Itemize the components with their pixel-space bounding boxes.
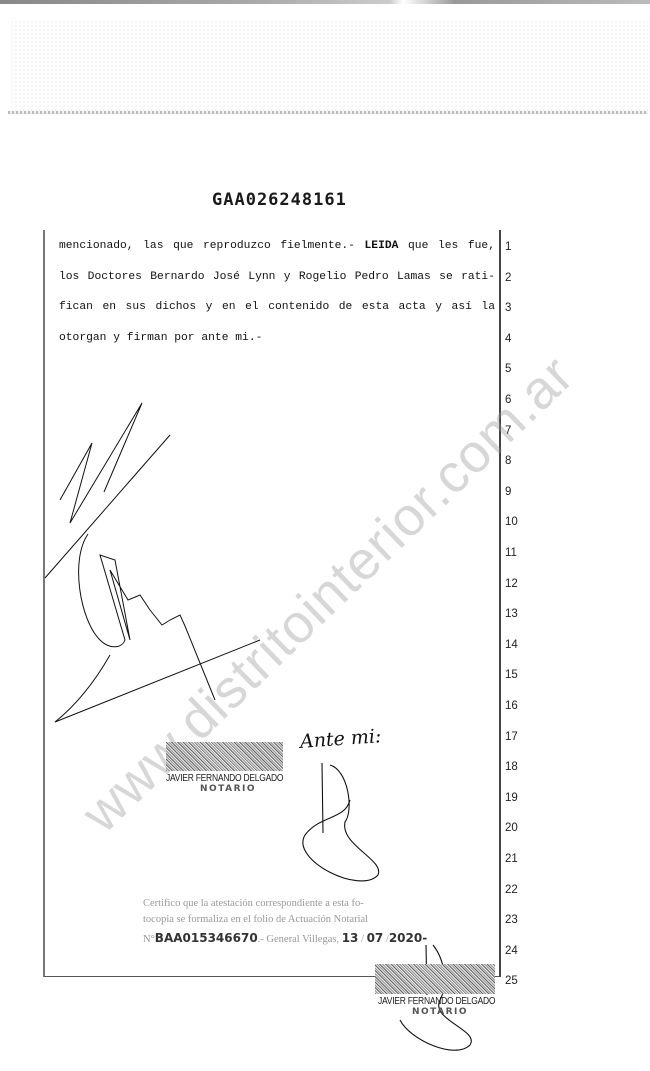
line-number: 18 [505,761,518,773]
certification-line-1: Certifico que la atestación correspondie… [143,898,364,909]
line-number: 11 [505,547,517,559]
line-number: 21 [505,853,518,865]
notary-stamp-title-2: NOTARIO [412,1007,468,1017]
line-number: 13 [505,608,518,620]
document-serial: GAA026248161 [212,190,347,210]
line-number: 23 [505,914,518,926]
date-year: 2020- [389,931,427,945]
date-month: 07 [367,931,384,945]
line-number: 10 [505,516,518,528]
line-number: 17 [505,731,518,743]
scan-edge [0,0,650,4]
notary-stamp-name: JAVIER FERNANDO DELGADO [166,773,283,784]
scan-noise-line [8,111,648,114]
date-day: 13 [342,931,359,945]
line-number: 12 [505,578,518,590]
line-number: 9 [505,486,511,498]
bold-word: LEIDA [365,240,399,252]
text-line: fican en sus dichos y en el contenido de… [59,301,495,313]
notary-stamp-seal [166,742,283,771]
folio-number: BAA015346670 [155,931,258,945]
line-number: 24 [505,945,518,957]
line-number: 15 [505,669,518,681]
text-line: otorgan y firman por ante mi.- [59,332,495,344]
line-number: 25 [505,975,518,987]
notary-stamp-title: NOTARIO [200,784,256,794]
line-number: 4 [505,333,511,345]
text-line: mencionado, las que reproduzco fielmente… [59,240,495,252]
line-number: 14 [505,639,518,651]
line-number: 16 [505,700,518,712]
notary-stamp-name-2: JAVIER FERNANDO DELGADO [378,996,495,1007]
line-number: 19 [505,792,518,804]
scan-noise [10,20,650,113]
line-number: 3 [505,302,511,314]
certification-line-2: tocopia se formaliza en el folio de Actu… [143,914,368,925]
certification-line-3: N°BAA015346670.- General Villegas, 13 / … [143,931,427,945]
folio-prefix: N° [143,934,155,945]
line-number: 20 [505,822,518,834]
text-line: los Doctores Bernardo José Lynn y Rogeli… [59,271,495,283]
line-number: 22 [505,884,518,896]
line-number: 2 [505,272,511,284]
notary-stamp-seal-2 [375,964,495,994]
place: .- General Villegas, [258,934,339,945]
line-number: 1 [505,241,511,253]
